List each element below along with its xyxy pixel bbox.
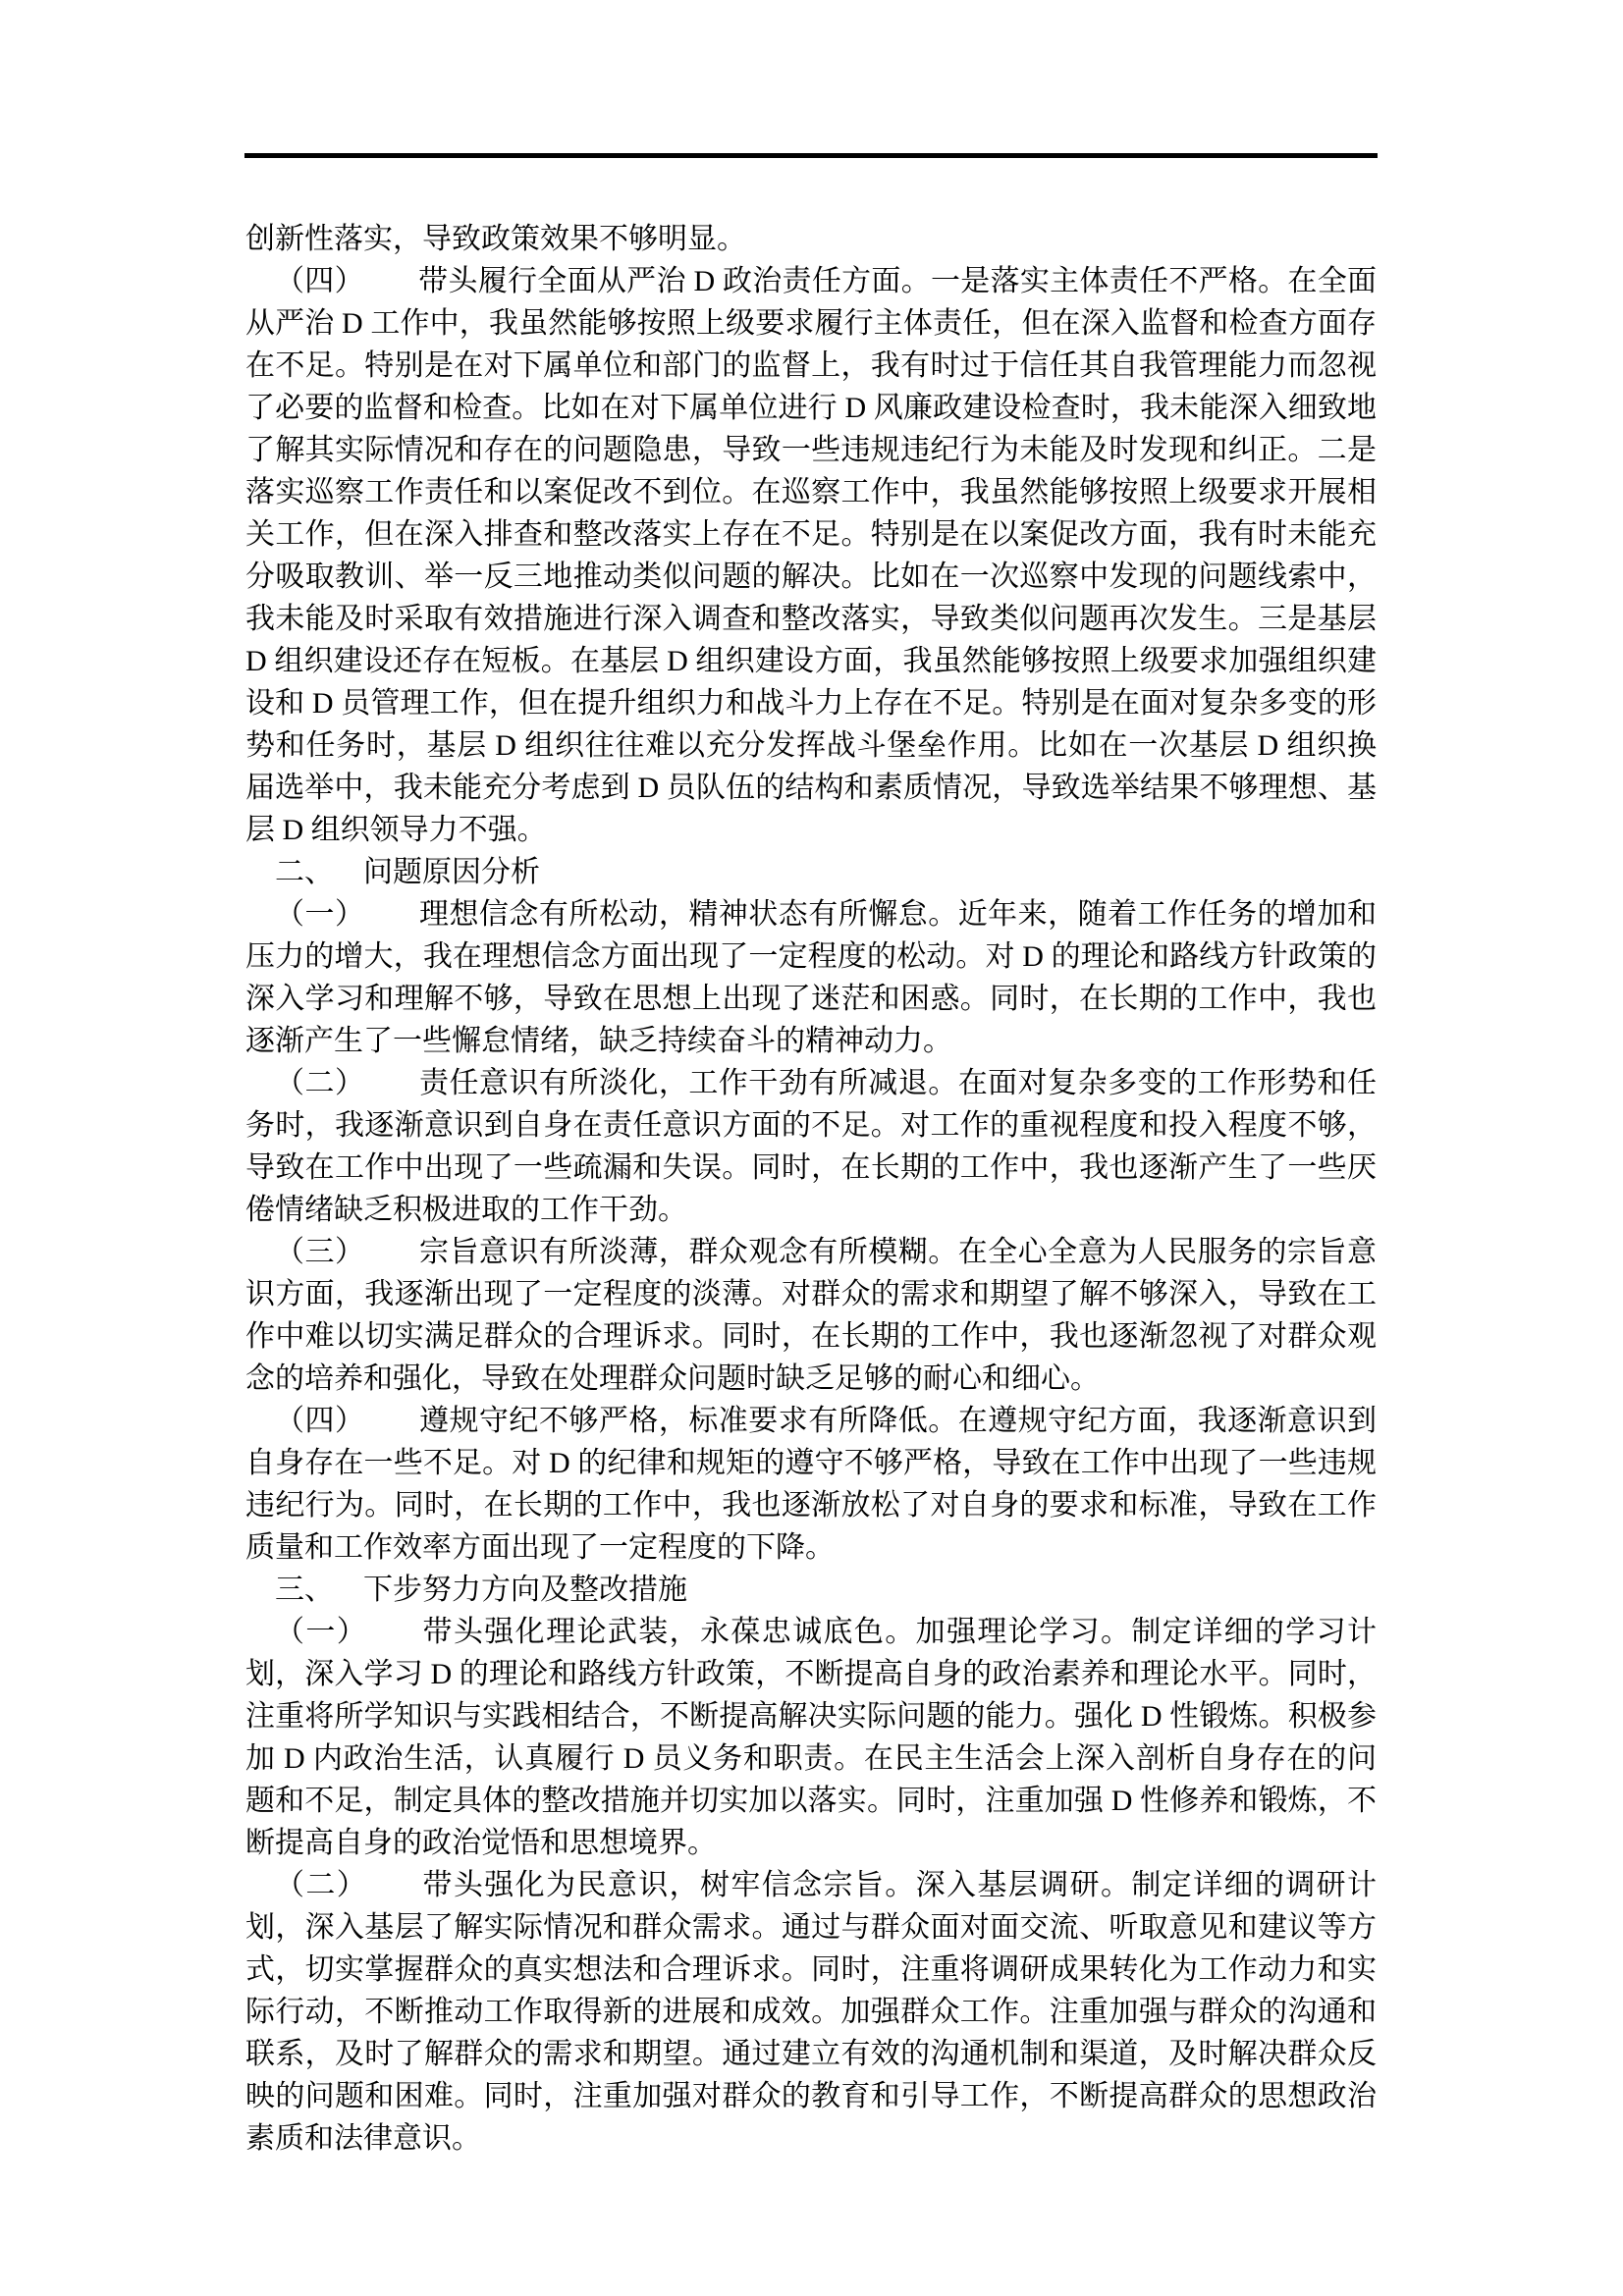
paragraph: （二）责任意识有所淡化，工作干劲有所减退。在面对复杂多变的工作形势和任务时，我逐… [245,1062,1377,1231]
paragraph-label: （四） [275,1405,364,1437]
paragraph: （一）理想信念有所松动，精神状态有所懈怠。近年来，随着工作任务的增加和压力的增大… [245,893,1377,1062]
paragraph-label: （二） [275,1067,364,1099]
paragraph-text: 带头履行全面从严治 D 政治责任方面。一是落实主体责任不严格。在全面从严治 D … [245,265,1377,846]
label-gap [364,923,418,924]
paragraph: 创新性落实，导致政策效果不够明显。 [245,218,1377,260]
paragraph-label: （四） [275,265,364,297]
label-gap [364,1429,418,1430]
document-page: 创新性落实，导致政策效果不够明显。（四）带头履行全面从严治 D 政治责任方面。一… [0,0,1623,2296]
section-heading: 二、问题原因分析 [245,851,1377,893]
label-gap [364,290,418,291]
label-gap [367,1894,421,1895]
paragraph-label: 三、 [275,1574,334,1606]
paragraph: （四）带头履行全面从严治 D 政治责任方面。一是落实主体责任不严格。在全面从严治… [245,260,1377,851]
paragraph-label: （二） [275,1869,367,1901]
paragraph: （三）宗旨意识有所淡薄，群众观念有所模糊。在全心全意为人民服务的宗旨意识方面，我… [245,1231,1377,1400]
paragraph: （二）带头强化为民意识，树牢信念宗旨。深入基层调研。制定详细的调研计划，深入基层… [245,1864,1377,2160]
paragraph-text: 问题原因分析 [363,856,540,888]
header-rule [244,153,1378,158]
paragraph-label: 二、 [275,856,334,888]
paragraph-text: 带头强化为民意识，树牢信念宗旨。深入基层调研。制定详细的调研计划，深入基层了解实… [245,1869,1377,2155]
document-body: 创新性落实，导致政策效果不够明显。（四）带头履行全面从严治 D 政治责任方面。一… [245,218,1377,2160]
paragraph: （四）遵规守纪不够严格，标准要求有所降低。在遵规守纪方面，我逐渐意识到自身存在一… [245,1400,1377,1569]
paragraph-text: 创新性落实，导致政策效果不够明显。 [245,223,746,255]
label-gap [364,1092,418,1093]
paragraph-label: （一） [275,1616,367,1648]
paragraph-label: （三） [275,1236,364,1268]
label-gap [364,1260,418,1261]
label-gap [334,881,363,881]
paragraph: （一）带头强化理论武装，永葆忠诚底色。加强理论学习。制定详细的学习计划，深入学习… [245,1611,1377,1864]
label-gap [334,1598,363,1599]
paragraph-label: （一） [275,898,364,931]
paragraph-text: 带头强化理论武装，永葆忠诚底色。加强理论学习。制定详细的学习计划，深入学习 D … [245,1616,1377,1859]
paragraph-text: 下步努力方向及整改措施 [363,1574,687,1606]
label-gap [367,1640,421,1641]
section-heading: 三、下步努力方向及整改措施 [245,1569,1377,1611]
